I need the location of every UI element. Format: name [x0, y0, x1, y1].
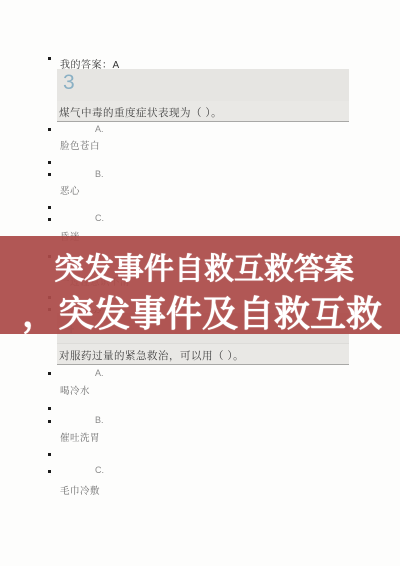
quiz-page: 我的答案：A 3 煤气中毒的重度症状表现为（ ）。 A. 脸色苍白 B. 恶心 …	[0, 0, 400, 566]
list-bullet	[48, 407, 51, 410]
banner-title-line2: ，突发事件及自救互救	[22, 286, 382, 337]
list-bullet	[48, 57, 51, 60]
question-text: 对服药过量的紧急救治，可以用（ ）。	[59, 348, 244, 363]
list-bullet	[48, 453, 51, 456]
list-bullet	[48, 372, 51, 375]
option-text[interactable]: 催吐洗胃	[60, 430, 100, 444]
banner-title-line1: 突发事件自救互救答案	[54, 244, 354, 288]
option-letter[interactable]: B.	[95, 415, 104, 425]
option-letter[interactable]: A.	[95, 124, 104, 134]
option-letter[interactable]: A.	[95, 368, 104, 378]
list-bullet	[48, 218, 51, 221]
option-letter[interactable]: B.	[95, 169, 104, 179]
option-text[interactable]: 脸色苍白	[60, 138, 100, 152]
list-bullet	[48, 470, 51, 473]
title-banner: 突发事件自救互救答案 ，突发事件及自救互救	[0, 236, 400, 334]
list-bullet	[48, 128, 51, 131]
option-text[interactable]: 恶心	[60, 183, 80, 197]
list-bullet	[48, 173, 51, 176]
question-number-box: 3	[57, 69, 349, 102]
option-letter[interactable]: C.	[95, 213, 104, 223]
list-bullet	[48, 206, 51, 209]
list-bullet	[48, 420, 51, 423]
question-number: 3	[63, 72, 75, 93]
question-text-row: 对服药过量的紧急救治，可以用（ ）。	[57, 344, 349, 365]
question-text: 煤气中毒的重度症状表现为（ ）。	[59, 105, 222, 120]
option-text[interactable]: 毛巾冷敷	[60, 483, 100, 497]
option-text[interactable]: 喝冷水	[60, 383, 90, 397]
list-bullet	[48, 161, 51, 164]
question-text-row: 煤气中毒的重度症状表现为（ ）。	[57, 101, 349, 122]
option-letter[interactable]: C.	[95, 465, 104, 475]
